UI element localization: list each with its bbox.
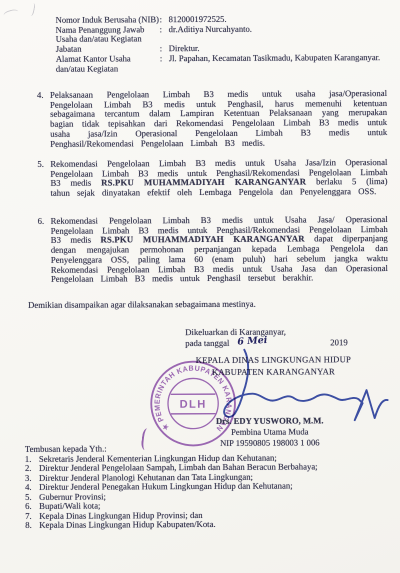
company-info-table: Nomor Induk Berusaha (NIB):8120001972525… [56, 14, 384, 74]
signer-name: Drs. EDY YUSWORO, M.M. [186, 415, 354, 427]
info-colon: : [160, 54, 169, 73]
cc-item-text: Kepala Dinas Lingkungan Hidup Kabupaten/… [39, 519, 351, 530]
pencil-mark [3, 8, 19, 18]
item-number: 5. [37, 160, 50, 199]
cc-list-block: Tembusan kepada Yth.: 1.Sekretaris Jende… [25, 443, 385, 530]
pencil-mark [27, 2, 36, 16]
scanned-letter-page: Nomor Induk Berusaha (NIB):8120001972525… [0, 0, 400, 573]
signature-stroke [224, 349, 388, 421]
info-colon: : [160, 25, 169, 44]
cc-item-number: 8. [25, 521, 39, 531]
cc-list-item: 8.Kepala Dinas Lingkungan Hidup Kabupate… [25, 519, 385, 530]
cc-list: 1.Sekretaris Jenderal Kementerian Lingku… [25, 453, 385, 531]
info-value: dr.Aditiya Nurcahyanto. [169, 24, 384, 45]
info-value: Jl. Papahan, Kecamatan Tasikmadu, Kabupa… [169, 53, 384, 74]
closing-sentence: Demikian disampaikan agar dilaksanakan s… [28, 299, 256, 310]
list-item: 5. Rekomendasi Pengelolaan Limbah B3 med… [37, 158, 387, 199]
item-text: Pelaksanaan Pengelolaan Limbah B3 medis … [50, 89, 387, 149]
item-text: Rekomendasi Pengelolaan Limbah B3 medis … [51, 215, 388, 285]
item-number: 4. [37, 91, 50, 149]
item-number: 6. [38, 217, 51, 285]
text-segment: Pelaksanaan Pengelolaan Limbah B3 medis … [50, 88, 387, 148]
info-label: Nama Penanggung Jawab Usaha dan/atau Keg… [56, 25, 160, 45]
item-text: Rekomendasi Pengelolaan Limbah B3 medis … [50, 158, 387, 199]
signer-rank: Pembina Utama Muda [186, 426, 354, 438]
info-label: Alamat Kantor Usaha dan/atau Kegiatan [56, 54, 160, 74]
info-row: Alamat Kantor Usaha dan/atau Kegiatan:Jl… [56, 53, 384, 74]
list-item: 6. Rekomendasi Pengelolaan Limbah B3 med… [38, 215, 388, 285]
list-item: 4. Pelaksanaan Pengelolaan Limbah B3 med… [37, 89, 387, 149]
info-row: Nama Penanggung Jawab Usaha dan/atau Keg… [56, 24, 384, 45]
